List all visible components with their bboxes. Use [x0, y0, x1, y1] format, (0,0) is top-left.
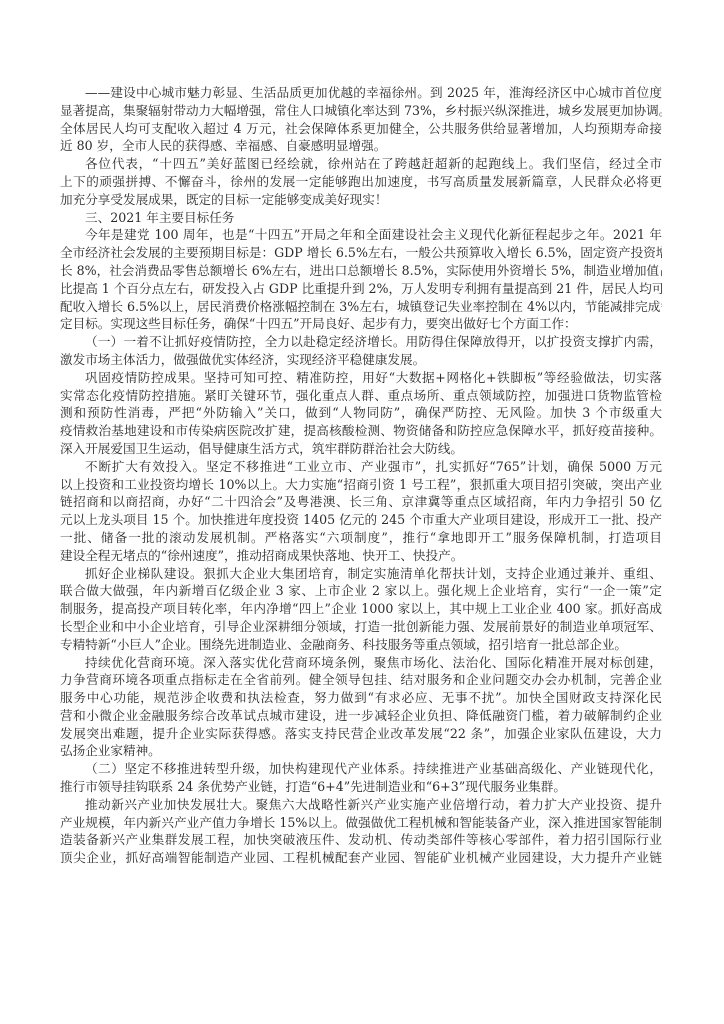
text-line: 实常态化疫情防控措施。紧盯关键环节，强化重点人群、重点场所、重点领域防控，加强进…: [60, 387, 662, 405]
text-line: 以上投资和工业投资均增长 10%以上。大力实施“招商引资 1 号工程”，狠抓重大…: [60, 476, 662, 494]
text-line: 近 80 岁，全市人民的获得感、幸福感、自豪感明显增强。: [60, 137, 662, 155]
text-line: 发展突出难题，提升企业实际获得感。落实支持民营企业改革发展“22 条”，加强企业…: [60, 725, 662, 743]
text-line: 元以上龙头项目 15 个。加快推进年度投资 1405 亿元的 245 个市重大产…: [60, 511, 662, 529]
text-line: 一批、储备一批的滚动发展机制。严格落实“六项制度”，推行“拿地即开工”服务保障机…: [60, 529, 662, 547]
text-line: 长型企业和中小企业培育，引导企业深耕细分领域，打造一批创新能力强、发展前景好的制…: [60, 618, 662, 636]
text-line: 抓好企业梯队建设。狠抓大企业大集团培育，制定实施清单化帮扶计划，支持企业通过兼并…: [60, 565, 662, 583]
text-line: 加充分享受发展成果，既定的目标一定能够变成美好现实！: [60, 191, 662, 209]
text-line: 全市经济社会发展的主要预期目标是：GDP 增长 6.5%左右，一般公共预算收入增…: [60, 244, 662, 262]
text-line: 力争营商环境各项重点指标走在全省前列。健全领导包挂、结对服务和企业问题交办会办机…: [60, 671, 662, 689]
text-line: 链招商和以商招商，办好“二十四洽会”及粤港澳、长三角、京津冀等重点区域招商，年内…: [60, 493, 662, 511]
text-line: 疫情救治基地建设和市传染病医院改扩建，提高核酸检测、物资储备和防控应急保障水平，…: [60, 422, 662, 440]
text-line: 激发市场主体活力，做强做优实体经济，实现经济平稳健康发展。: [60, 351, 662, 369]
text-line: 推行市领导挂钩联系 24 条优势产业链，打造“6+4”先进制造业和“6+3”现代…: [60, 778, 662, 796]
text-line: 巩固疫情防控成果。坚持可知可控、精准防控，用好“大数据+网格化+铁脚板”等经验做…: [60, 369, 662, 387]
text-line: 营和小微企业金融服务综合改革试点城市建设，进一步减轻企业负担、降低融资门槛，着力…: [60, 707, 662, 725]
text-line: 建设全程无堵点的“徐州速度”，推动招商成果快落地、快开工、快投产。: [60, 547, 662, 565]
text-line: （一）一着不让抓好疫情防控，全力以赴稳定经济增长。用防得住保障放得开，以扩投资支…: [60, 333, 662, 351]
text-line: 制服务，提高投产项目转化率，年内净增“四上”企业 1000 家以上，其中规上工业…: [60, 600, 662, 618]
text-line: 各位代表，“十四五”美好蓝图已经绘就，徐州站在了跨越赶超新的起跑线上。我们坚信，…: [60, 155, 662, 173]
text-line: 深入开展爱国卫生运动，倡导健康生活方式，筑牢群防群治社会大防线。: [60, 440, 662, 458]
text-line: 定目标。实现这些目标任务，确保“十四五”开局良好、起步有力，要突出做好七个方面工…: [60, 315, 662, 333]
text-line: 比提高 1 个百分点左右，研发投入占 GDP 比重提升到 2%，万人发明专利拥有…: [60, 280, 662, 298]
text-line: 顶尖企业，抓好高端智能制造产业园、工程机械配套产业园、智能矿业机械产业园建设，大…: [60, 849, 662, 867]
text-line: 不断扩大有效投入。坚定不移推进“工业立市、产业强市”，扎实抓好“765”计划，确…: [60, 458, 662, 476]
text-line: 推动新兴产业加快发展壮大。聚焦六大战略性新兴产业实施产业倍增行动，着力扩大产业投…: [60, 796, 662, 814]
text-line: 产业规模，年内新兴产业产值力争增长 15%以上。做强做优工程机械和智能装备产业，…: [60, 814, 662, 832]
document-page: ——建设中心城市魅力彰显、生活品质更加优越的幸福徐州。到 2025 年，淮海经济…: [60, 84, 662, 867]
text-line: 专精特新“小巨人”企业。围绕先进制造业、金融商务、科技服务等重点领域，招引培育一…: [60, 636, 662, 654]
text-line: 三、2021 年主要目标任务: [60, 209, 662, 227]
text-line: 弘扬企业家精神。: [60, 742, 662, 760]
text-line: ——建设中心城市魅力彰显、生活品质更加优越的幸福徐州。到 2025 年，淮海经济…: [60, 84, 662, 102]
text-line: 联合做大做强，年内新增百亿级企业 3 家、上市企业 2 家以上。强化规上企业培育…: [60, 582, 662, 600]
text-line: 上下的顽强拼搏、不懈奋斗，徐州的发展一定能够跑出加速度，书写高质量发展新篇章，人…: [60, 173, 662, 191]
text-line: （二）坚定不移推进转型升级，加快构建现代产业体系。持续推进产业基础高级化、产业链…: [60, 760, 662, 778]
text-line: 造装备新兴产业集群发展工程，加快突破液压件、发动机、传动类部件等核心零部件，着力…: [60, 831, 662, 849]
text-line: 显著提高，集聚辐射带动力大幅增强，常住人口城镇化率达到 73%，乡村振兴纵深推进…: [60, 102, 662, 120]
text-line: 全体居民人均可支配收入超过 4 万元，社会保障体系更加健全，公共服务供给显著增加…: [60, 120, 662, 138]
text-line: 测和预防性消毒，严把“外防输入”关口，做到“人物同防”，确保严防控、无风险。加快…: [60, 404, 662, 422]
text-line: 服务中心功能，规范涉企收费和执法检查，努力做到“有求必应、无事不扰”。加快全国财…: [60, 689, 662, 707]
text-line: 长 8%，社会消费品零售总额增长 6%左右，进出口总额增长 8.5%，实际使用外…: [60, 262, 662, 280]
text-line: 配收入增长 6.5%以上，居民消费价格涨幅控制在 3%左右，城镇登记失业率控制在…: [60, 298, 662, 316]
text-line: 今年是建党 100 周年，也是“十四五”开局之年和全面建设社会主义现代化新征程起…: [60, 226, 662, 244]
text-line: 持续优化营商环境。深入落实优化营商环境条例，聚焦市场化、法治化、国际化精准开展对…: [60, 654, 662, 672]
